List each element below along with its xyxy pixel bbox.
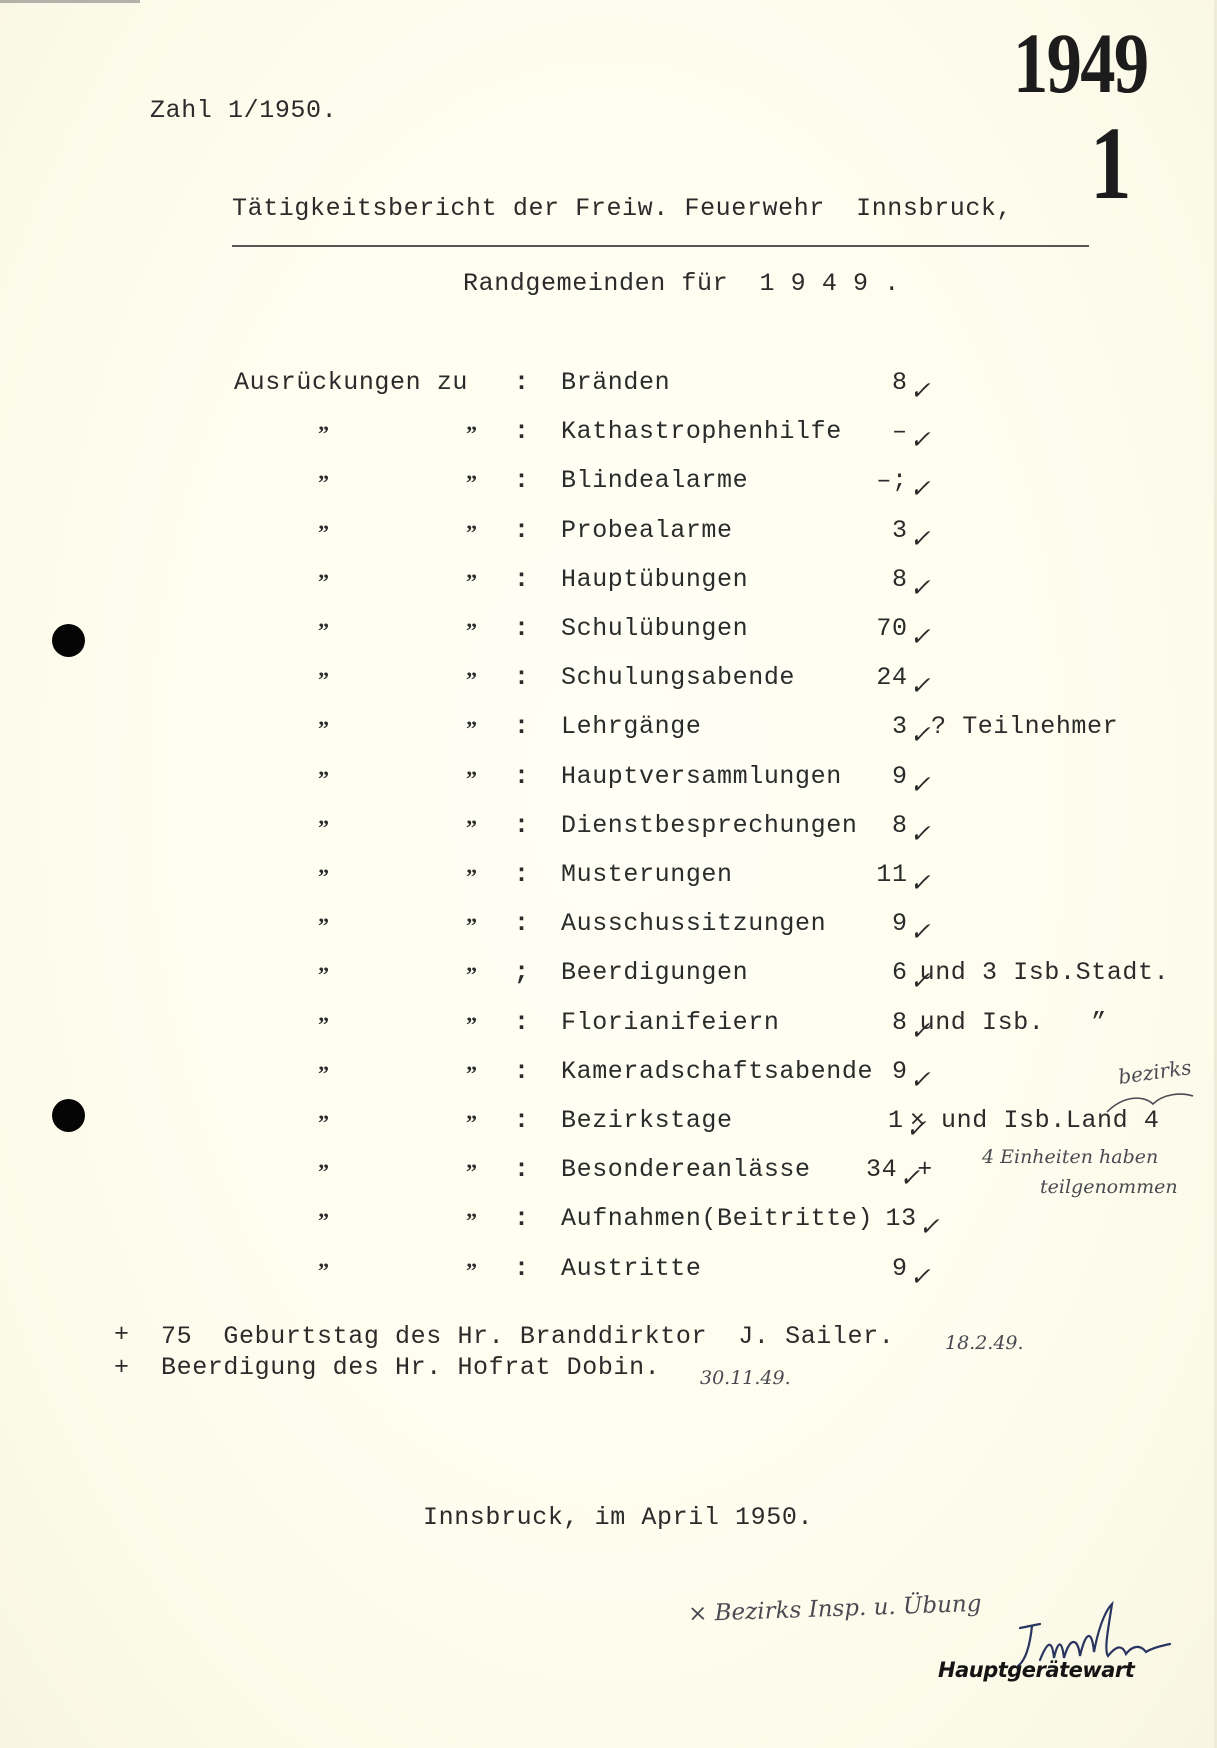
row-prefix: Ausrückungen zu [234,370,468,395]
ditto-mark: ” [318,964,330,986]
activity-row: ””:Hauptübungen8✓ [0,567,1217,607]
activity-row: ””:Kameradschaftsabende9✓ [0,1059,1217,1099]
row-separator: : [514,518,530,543]
ditto-mark: ” [466,522,478,544]
row-value: –; [876,468,907,493]
activity-row: ””:Aufnahmen(Beitritte)13✓ [0,1206,1217,1246]
report-title: Tätigkeitsbericht der Freiw. Feuerwehr I… [232,196,1012,221]
row-value: – [892,419,908,444]
activity-row: ””:Lehrgänge3✓? Teilnehmer [0,714,1217,754]
check-mark-icon: ✓ [910,722,932,747]
check-mark-icon: ✓ [910,1067,932,1092]
ditto-mark: ” [466,1112,478,1134]
row-value: 24 [876,665,907,690]
activity-row: ””:Schulungsabende24✓ [0,665,1217,705]
activity-row: ””;Beerdigungen6✓und 3 Isb.Stadt. [0,960,1217,1000]
row-value: 3 [892,518,908,543]
row-value: 8 [892,370,908,395]
row-separator: : [514,813,530,838]
row-value: 3 [892,714,908,739]
row-separator: : [514,862,530,887]
ditto-mark: ” [318,1112,330,1134]
check-mark-icon: ✓ [910,624,932,649]
ditto-mark: ” [466,571,478,593]
activity-row: ””:Probealarme3✓ [0,518,1217,558]
ditto-mark: ” [318,472,330,494]
check-mark-icon: ✓ [910,821,932,846]
row-value: 9 [892,764,908,789]
ditto-mark: ” [466,1260,478,1282]
row-separator: : [514,1059,530,1084]
check-mark-icon: ✓ [910,919,932,944]
row-separator: : [514,567,530,592]
activity-row: ””:Ausschussitzungen9✓ [0,911,1217,951]
ditto-mark: ” [466,1161,478,1183]
row-value: 70 [876,616,907,641]
row-value: 1 [888,1108,904,1133]
ditto-mark: ” [466,472,478,494]
report-subtitle: Randgemeinden für 1 9 4 9 . [463,271,900,296]
row-label: Bränden [561,370,670,395]
row-value: 34 [866,1157,897,1182]
row-label: Probealarme [561,518,733,543]
number-stamp: 1 [1090,112,1132,216]
ditto-mark: ” [318,669,330,691]
handwritten-brace [1105,1088,1195,1118]
handwritten-date: 18.2.49. [945,1334,1024,1353]
ditto-mark: ” [318,1161,330,1183]
footnote-text: 75 Geburtstag des Hr. Branddirktor J. Sa… [161,1324,894,1349]
check-mark-icon: ✓ [910,526,932,551]
check-mark-icon: ✓ [910,378,932,403]
ditto-mark: ” [466,817,478,839]
activity-row: Ausrückungen zu:Bränden8✓ [0,370,1217,410]
activity-row: ””:Dienstbesprechungen8✓ [0,813,1217,853]
row-label: Lehrgänge [561,714,701,739]
ditto-mark: ” [318,1260,330,1282]
ditto-mark: ” [318,817,330,839]
ditto-mark: ” [318,522,330,544]
ditto-mark: ” [318,866,330,888]
check-mark-icon: ✓ [910,476,932,501]
row-separator: : [514,1206,530,1231]
ditto-mark: ” [318,1063,330,1085]
row-label: Kathastrophenhilfe [561,419,842,444]
row-value: 13 [885,1206,916,1231]
ditto-mark: ” [466,718,478,740]
row-label: Austritte [561,1256,701,1281]
row-label: Aufnahmen(Beitritte) [561,1206,873,1231]
row-label: Ausschussitzungen [561,911,826,936]
row-label: Schulungsabende [561,665,795,690]
ditto-mark: ” [466,915,478,937]
ditto-mark: ” [318,571,330,593]
row-value: 8 [892,567,908,592]
ditto-mark: ” [466,669,478,691]
ditto-mark: ” [466,1210,478,1232]
row-separator: ; [514,960,530,985]
row-separator: : [514,665,530,690]
activity-row: ””:Hauptversammlungen9✓ [0,764,1217,804]
row-separator: : [514,1108,530,1133]
ditto-mark: ” [466,964,478,986]
ditto-mark: ” [318,1014,330,1036]
row-value: 9 [892,1256,908,1281]
row-extra-note: und Isb. ” [920,1010,1107,1035]
row-label: Hauptübungen [561,567,748,592]
row-separator: : [514,468,530,493]
row-extra-note: + [917,1157,933,1182]
row-separator: : [514,1010,530,1035]
row-extra-note: und 3 Isb.Stadt. [920,960,1170,985]
row-separator: : [514,370,530,395]
row-value: 9 [892,911,908,936]
row-separator: : [514,1256,530,1281]
row-label: Florianifeiern [561,1010,779,1035]
activity-row: ””:Musterungen11✓ [0,862,1217,902]
row-label: Dienstbesprechungen [561,813,857,838]
row-value: 6 [892,960,908,985]
row-separator: : [514,1157,530,1182]
handwritten-date: 30.11.49. [700,1369,791,1388]
activity-row: ””:Florianifeiern8✓und Isb. ” [0,1010,1217,1050]
ditto-mark: ” [466,423,478,445]
ditto-mark: ” [318,423,330,445]
row-separator: : [514,616,530,641]
ditto-mark: ” [466,866,478,888]
row-label: Blindealarme [561,468,748,493]
handwritten-units-line2: teilgenommen [1040,1178,1178,1197]
row-label: Beerdigungen [561,960,748,985]
ditto-mark: ” [318,718,330,740]
row-separator: : [514,714,530,739]
row-label: Schulübungen [561,616,748,641]
handwritten-units-line1: 4 Einheiten haben [982,1148,1158,1167]
ditto-mark: ” [318,915,330,937]
check-mark-icon: ✓ [910,1264,932,1289]
row-value: 8 [892,813,908,838]
row-extra-note: ? Teilnehmer [931,714,1118,739]
row-label: Musterungen [561,862,733,887]
check-mark-icon: ✓ [910,575,932,600]
activity-row: ””:Schulübungen70✓ [0,616,1217,656]
footnote-marker: + [114,1322,130,1347]
ditto-mark: ” [466,620,478,642]
row-separator: : [514,764,530,789]
footnote-marker: + [114,1355,130,1380]
scan-edge-shadow [0,0,140,3]
check-mark-icon: ✓ [919,1214,941,1239]
ditto-mark: ” [466,768,478,790]
row-value: 11 [876,862,907,887]
row-value: 8 [892,1010,908,1035]
ditto-mark: ” [466,1063,478,1085]
activity-row: ””:Austritte9✓ [0,1256,1217,1296]
signature-title-stamp: Hauptgerätewart [938,1658,1134,1682]
check-mark-icon: ✓ [910,673,932,698]
row-label: Bezirkstage [561,1108,733,1133]
ditto-mark: ” [318,1210,330,1232]
check-mark-icon: ✓ [910,427,932,452]
footnote-text: Beerdigung des Hr. Hofrat Dobin. [161,1355,660,1380]
activity-row: ””:Bezirkstage1✓× und Isb.Land 4 [0,1108,1217,1148]
ditto-mark: ” [318,620,330,642]
row-label: Hauptversammlungen [561,764,842,789]
year-stamp: 1949 [1013,20,1147,106]
title-underline [232,245,1089,247]
activity-row: ””:Kathastrophenhilfe–✓ [0,419,1217,459]
row-separator: : [514,419,530,444]
place-and-date: Innsbruck, im April 1950. [423,1505,813,1530]
row-separator: : [514,911,530,936]
activity-row: ””:Blindealarme–;✓ [0,468,1217,508]
check-mark-icon: ✓ [910,772,932,797]
ditto-mark: ” [318,768,330,790]
row-label: Besondereanlässe [561,1157,811,1182]
check-mark-icon: ✓ [910,870,932,895]
reference-number: Zahl 1/1950. [150,98,337,123]
row-label: Kameradschaftsabende [561,1059,873,1084]
ditto-mark: ” [466,1014,478,1036]
row-value: 9 [892,1059,908,1084]
